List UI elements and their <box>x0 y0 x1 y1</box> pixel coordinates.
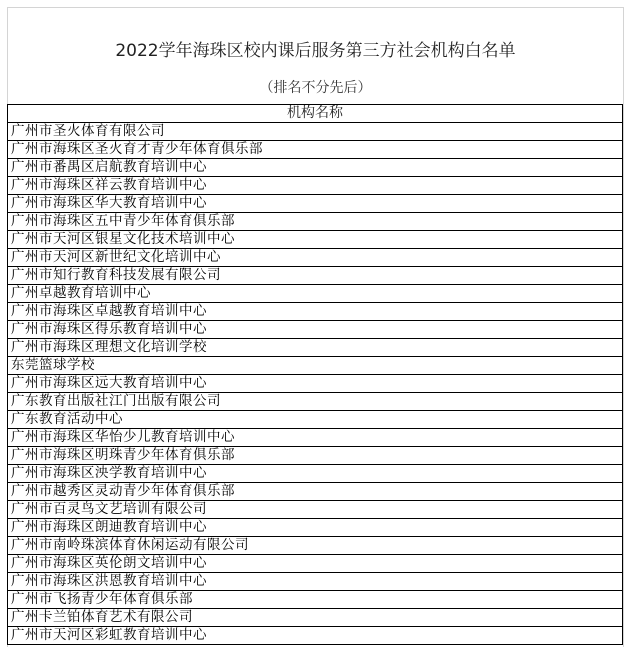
table-row: 广州市海珠区朗迪教育培训中心 <box>8 519 623 537</box>
document-title: 2022学年海珠区校内课后服务第三方社会机构白名单 <box>8 36 623 61</box>
column-header-institution-name: 机构名称 <box>8 105 623 123</box>
table-row: 广州市海珠区明珠青少年体育俱乐部 <box>8 447 623 465</box>
institution-name-cell: 广州市海珠区明珠青少年体育俱乐部 <box>8 447 623 465</box>
institution-name-cell: 广东教育活动中心 <box>8 411 623 429</box>
institution-name-cell: 广州市海珠区华怡少儿教育培训中心 <box>8 429 623 447</box>
institution-name-cell: 广州市海珠区远大教育培训中心 <box>8 375 623 393</box>
table-row: 广东教育出版社江门出版有限公司 <box>8 393 623 411</box>
table-row: 广州卓越教育培训中心 <box>8 285 623 303</box>
table-row: 广州市海珠区祥云教育培训中心 <box>8 177 623 195</box>
institution-name-cell: 广州市海珠区五中青少年体育俱乐部 <box>8 213 623 231</box>
table-row: 广州市海珠区英伦朗文培训中心 <box>8 555 623 573</box>
institution-name-cell: 广州市海珠区圣火育才青少年体育俱乐部 <box>8 141 623 159</box>
institution-name-cell: 广州市海珠区泱学教育培训中心 <box>8 465 623 483</box>
institution-name-cell: 广州市海珠区祥云教育培训中心 <box>8 177 623 195</box>
institution-name-cell: 广州市海珠区理想文化培训学校 <box>8 339 623 357</box>
institution-name-cell: 广州市海珠区洪恩教育培训中心 <box>8 573 623 591</box>
table-row: 广州市番禺区启航教育培训中心 <box>8 159 623 177</box>
table-body: 广州市圣火体育有限公司广州市海珠区圣火育才青少年体育俱乐部广州市番禺区启航教育培… <box>8 123 623 645</box>
table-row: 广州市天河区银星文化技术培训中心 <box>8 231 623 249</box>
institution-name-cell: 广州市越秀区灵动青少年体育俱乐部 <box>8 483 623 501</box>
institution-name-cell: 广州市南岭珠滨体育休闲运动有限公司 <box>8 537 623 555</box>
institution-name-cell: 广州市飞扬青少年体育俱乐部 <box>8 591 623 609</box>
table-row: 广州市海珠区泱学教育培训中心 <box>8 465 623 483</box>
table-row: 广州市飞扬青少年体育俱乐部 <box>8 591 623 609</box>
table-row: 广州市海珠区理想文化培训学校 <box>8 339 623 357</box>
institution-name-cell: 广州市海珠区卓越教育培训中心 <box>8 303 623 321</box>
institution-name-cell: 广州市海珠区英伦朗文培训中心 <box>8 555 623 573</box>
institution-name-cell: 广州市天河区银星文化技术培训中心 <box>8 231 623 249</box>
institution-name-cell: 广州市海珠区得乐教育培训中心 <box>8 321 623 339</box>
institution-table: 机构名称 广州市圣火体育有限公司广州市海珠区圣火育才青少年体育俱乐部广州市番禺区… <box>7 104 623 645</box>
table-row: 广州市知行教育科技发展有限公司 <box>8 267 623 285</box>
table-row: 广州市海珠区洪恩教育培训中心 <box>8 573 623 591</box>
table-row: 广州市圣火体育有限公司 <box>8 123 623 141</box>
institution-name-cell: 广州市天河区彩虹教育培训中心 <box>8 627 623 645</box>
institution-name-cell: 广州市圣火体育有限公司 <box>8 123 623 141</box>
institution-name-cell: 广州卡兰铂体育艺术有限公司 <box>8 609 623 627</box>
table-row: 广州市海珠区卓越教育培训中心 <box>8 303 623 321</box>
institution-name-cell: 广州市百灵鸟文艺培训有限公司 <box>8 501 623 519</box>
table-row: 广州市海珠区圣火育才青少年体育俱乐部 <box>8 141 623 159</box>
table-row: 广州市海珠区华怡少儿教育培训中心 <box>8 429 623 447</box>
table-header-row: 机构名称 <box>8 105 623 123</box>
table-row: 广州市海珠区五中青少年体育俱乐部 <box>8 213 623 231</box>
institution-name-cell: 广州市海珠区华大教育培训中心 <box>8 195 623 213</box>
institution-name-cell: 广州市海珠区朗迪教育培训中心 <box>8 519 623 537</box>
institution-name-cell: 广州市番禺区启航教育培训中心 <box>8 159 623 177</box>
institution-name-cell: 广州市知行教育科技发展有限公司 <box>8 267 623 285</box>
table-row: 广州市海珠区华大教育培训中心 <box>8 195 623 213</box>
table-row: 广州市越秀区灵动青少年体育俱乐部 <box>8 483 623 501</box>
table-row: 广东教育活动中心 <box>8 411 623 429</box>
table-row: 广州市南岭珠滨体育休闲运动有限公司 <box>8 537 623 555</box>
table-row: 广州卡兰铂体育艺术有限公司 <box>8 609 623 627</box>
table-row: 广州市天河区彩虹教育培训中心 <box>8 627 623 645</box>
table-row: 广州市海珠区得乐教育培训中心 <box>8 321 623 339</box>
table-row: 东莞篮球学校 <box>8 357 623 375</box>
table-row: 广州市百灵鸟文艺培训有限公司 <box>8 501 623 519</box>
document-subtitle: （排名不分先后） <box>8 77 623 97</box>
institution-name-cell: 广州卓越教育培训中心 <box>8 285 623 303</box>
institution-name-cell: 东莞篮球学校 <box>8 357 623 375</box>
institution-name-cell: 广州市天河区新世纪文化培训中心 <box>8 249 623 267</box>
table-row: 广州市天河区新世纪文化培训中心 <box>8 249 623 267</box>
table-row: 广州市海珠区远大教育培训中心 <box>8 375 623 393</box>
institution-name-cell: 广东教育出版社江门出版有限公司 <box>8 393 623 411</box>
